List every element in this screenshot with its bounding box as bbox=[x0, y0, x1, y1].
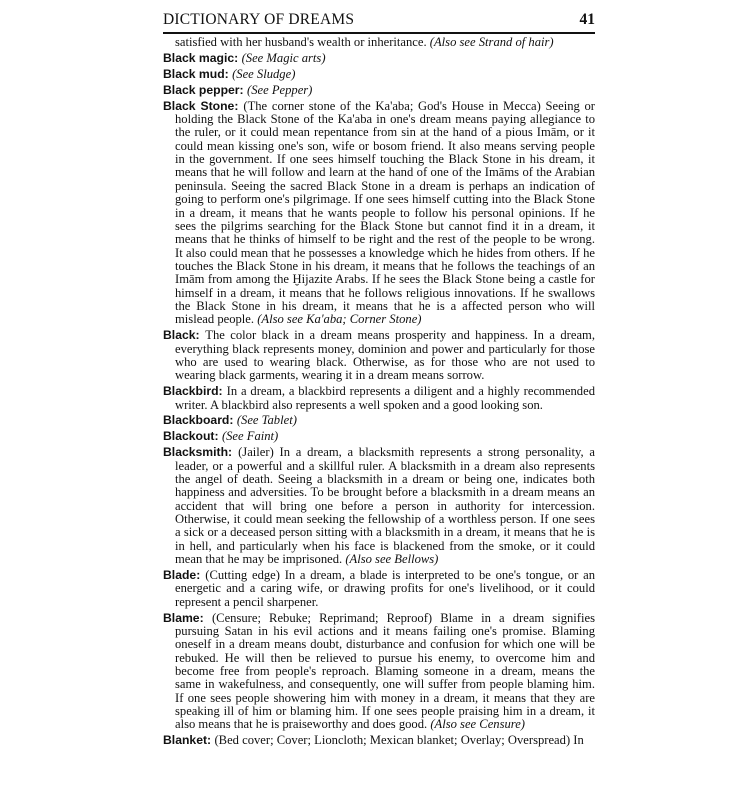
dictionary-entry: Black magic: (See Magic arts) bbox=[163, 52, 595, 65]
cross-reference: (Also see Strand of hair) bbox=[430, 35, 554, 49]
dictionary-page: DICTIONARY OF DREAMS 41 satisfied with h… bbox=[163, 10, 595, 750]
dictionary-entry: Black mud: (See Sludge) bbox=[163, 68, 595, 81]
cross-reference: (See Sludge) bbox=[232, 67, 295, 81]
cross-reference: (See Magic arts) bbox=[242, 51, 326, 65]
cross-reference: (See Tablet) bbox=[237, 413, 297, 427]
continued-entry-text: satisfied with her husband's wealth or i… bbox=[163, 36, 595, 49]
running-header: DICTIONARY OF DREAMS 41 bbox=[163, 10, 595, 30]
entry-headword: Black magic bbox=[163, 51, 234, 65]
entry-headword: Black bbox=[163, 328, 196, 342]
entry-headword: Blackout bbox=[163, 429, 214, 443]
dictionary-entry: Blanket: (Bed cover; Cover; Lioncloth; M… bbox=[163, 734, 595, 747]
entry-headword: Blame bbox=[163, 611, 200, 625]
header-rule bbox=[163, 32, 595, 34]
entry-headword: Blade bbox=[163, 568, 196, 582]
page-number: 41 bbox=[580, 10, 596, 30]
entry-headword: Blacksmith bbox=[163, 445, 228, 459]
entry-headword: Black mud bbox=[163, 67, 225, 81]
dictionary-entry: Blade: (Cutting edge) In a dream, a blad… bbox=[163, 569, 595, 609]
cross-reference: (Also see Censure) bbox=[430, 717, 525, 731]
dictionary-entry: Blackbird: In a dream, a blackbird repre… bbox=[163, 385, 595, 412]
entry-headword: Blackboard bbox=[163, 413, 229, 427]
cross-reference: (Also see Ka'aba; Corner Stone) bbox=[257, 312, 421, 326]
dictionary-entry: Blame: (Censure; Rebuke; Reprimand; Repr… bbox=[163, 612, 595, 732]
entry-headword: Black Stone bbox=[163, 99, 234, 113]
page-body: satisfied with her husband's wealth or i… bbox=[163, 36, 595, 748]
entry-headword: Black pepper bbox=[163, 83, 240, 97]
dictionary-entry: Black: The color black in a dream means … bbox=[163, 329, 595, 382]
dictionary-entry: Blackout: (See Faint) bbox=[163, 430, 595, 443]
dictionary-entry: Black pepper: (See Pepper) bbox=[163, 84, 595, 97]
dictionary-entry: Blacksmith: (Jailer) In a dream, a black… bbox=[163, 446, 595, 566]
cross-reference: (See Pepper) bbox=[247, 83, 312, 97]
entry-headword: Blackbird bbox=[163, 384, 219, 398]
entry-headword: Blanket bbox=[163, 733, 207, 747]
cross-reference: (Also see Bellows) bbox=[345, 552, 438, 566]
running-title: DICTIONARY OF DREAMS bbox=[163, 10, 354, 30]
cross-reference: (See Faint) bbox=[222, 429, 278, 443]
dictionary-entry: Blackboard: (See Tablet) bbox=[163, 414, 595, 427]
dictionary-entry: Black Stone: (The corner stone of the Ka… bbox=[163, 100, 595, 327]
